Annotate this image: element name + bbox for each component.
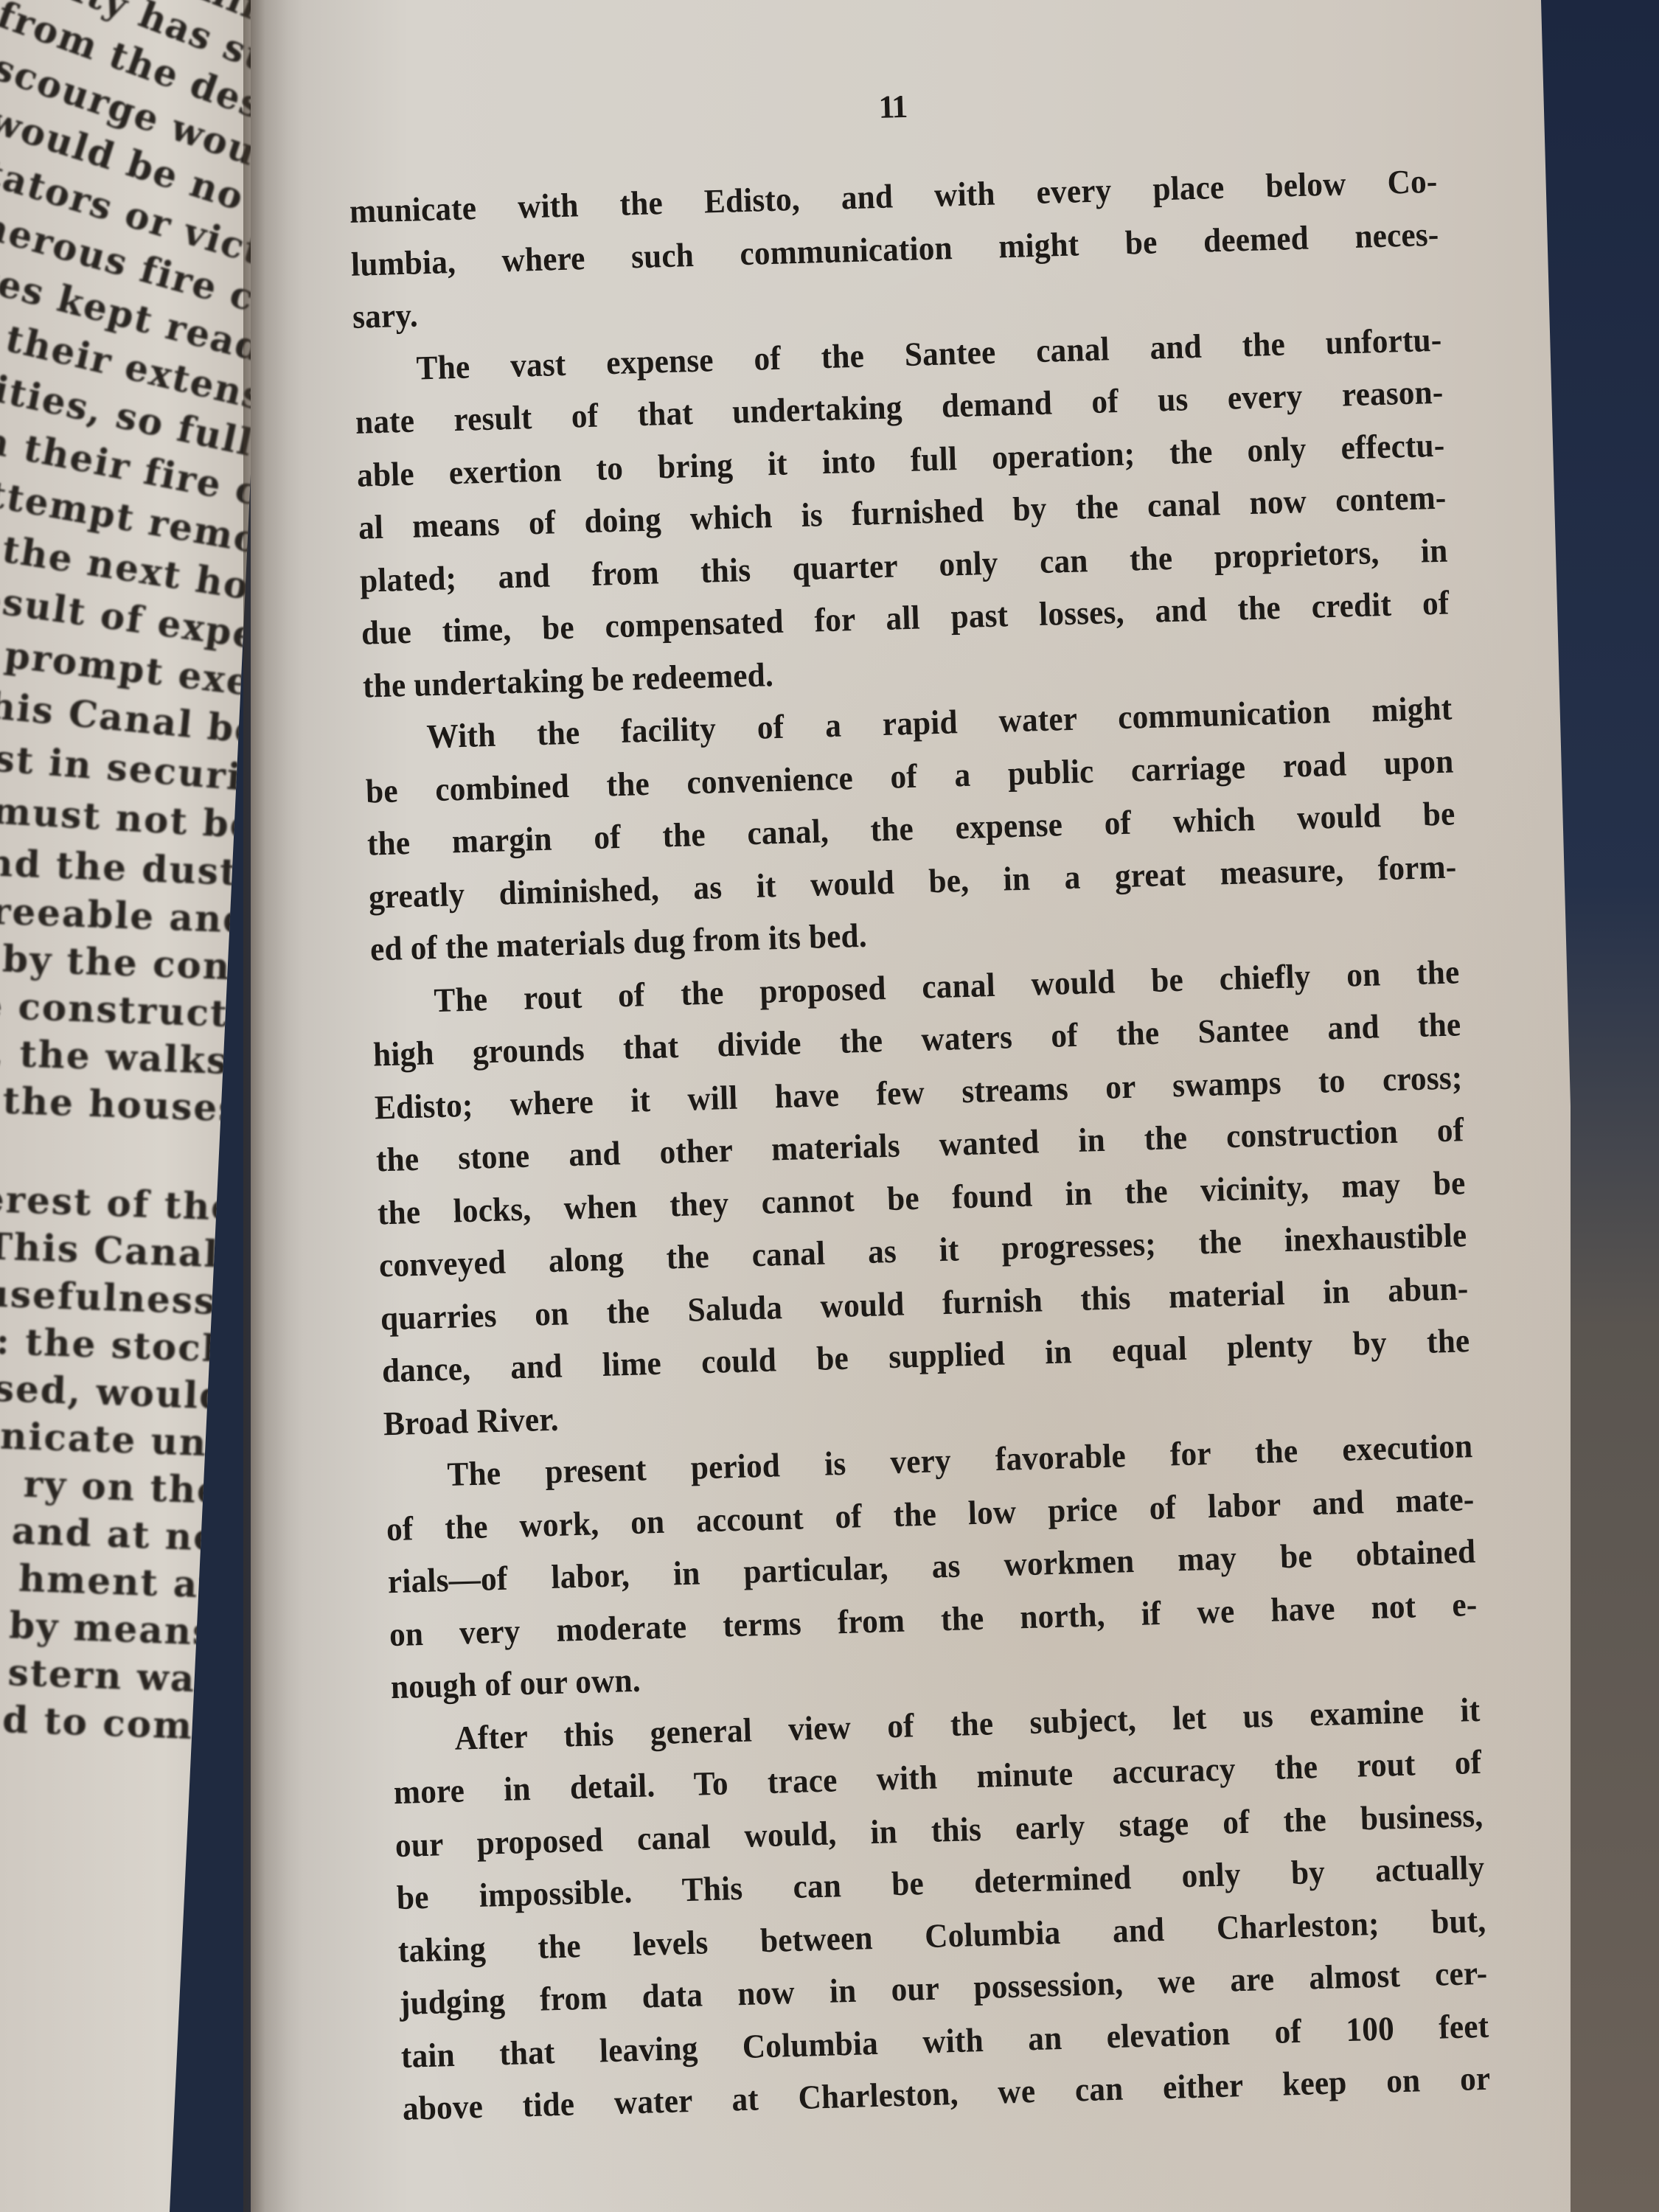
paragraph-gap	[0, 1133, 273, 1184]
body-text: municate with the Edisto, and with every…	[349, 155, 1494, 2135]
left-page-text: out any thingis city has sufferedfrom th…	[0, 0, 273, 1750]
left-page: out any thingis city has sufferedfrom th…	[0, 0, 273, 2212]
book-gutter	[243, 0, 288, 2212]
page-text-block: 11 municate with the Edisto, and with ev…	[347, 73, 1494, 2135]
